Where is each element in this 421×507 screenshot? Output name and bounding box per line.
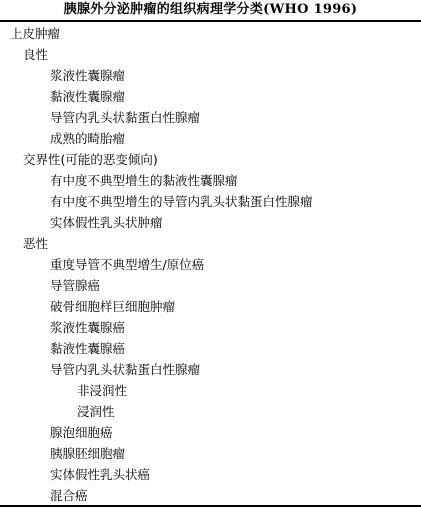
list-item: 浆液性囊腺瘤 [0,65,421,86]
table-title: 胰腺外分泌肿瘤的组织病理学分类(WHO 1996) [0,2,421,18]
list-item: 导管腺癌 [0,275,421,296]
list-item: 上皮肿瘤 [0,23,421,44]
list-item: 破骨细胞样巨细胞肿瘤 [0,296,421,317]
list-item: 实体假性乳头状癌 [0,464,421,485]
list-item: 实体假性乳头状肿瘤 [0,212,421,233]
list-item: 浸润性 [0,401,421,422]
list-item: 黏液性囊腺癌 [0,338,421,359]
list-item: 黏液性囊腺瘤 [0,86,421,107]
top-rule [0,20,421,22]
list-item: 导管内乳头状黏蛋白性腺瘤 [0,107,421,128]
list-item: 混合癌 [0,485,421,506]
list-item: 成熟的畸胎瘤 [0,128,421,149]
list-item: 浆液性囊腺癌 [0,317,421,338]
list-item: 有中度不典型增生的导管内乳头状黏蛋白性腺瘤 [0,191,421,212]
list-item: 交界性(可能的恶变倾向) [0,149,421,170]
list-item: 有中度不典型增生的黏液性囊腺瘤 [0,170,421,191]
list-item: 良性 [0,44,421,65]
list-item: 导管内乳头状黏蛋白性腺瘤 [0,359,421,380]
list-item: 恶性 [0,233,421,254]
list-item: 非浸润性 [0,380,421,401]
classification-list: 上皮肿瘤 良性 浆液性囊腺瘤 黏液性囊腺瘤 导管内乳头状黏蛋白性腺瘤 成熟的畸胎… [0,23,421,506]
list-item: 胰腺胚细胞瘤 [0,443,421,464]
list-item: 腺泡细胞癌 [0,422,421,443]
list-item: 重度导管不典型增生/原位癌 [0,254,421,275]
